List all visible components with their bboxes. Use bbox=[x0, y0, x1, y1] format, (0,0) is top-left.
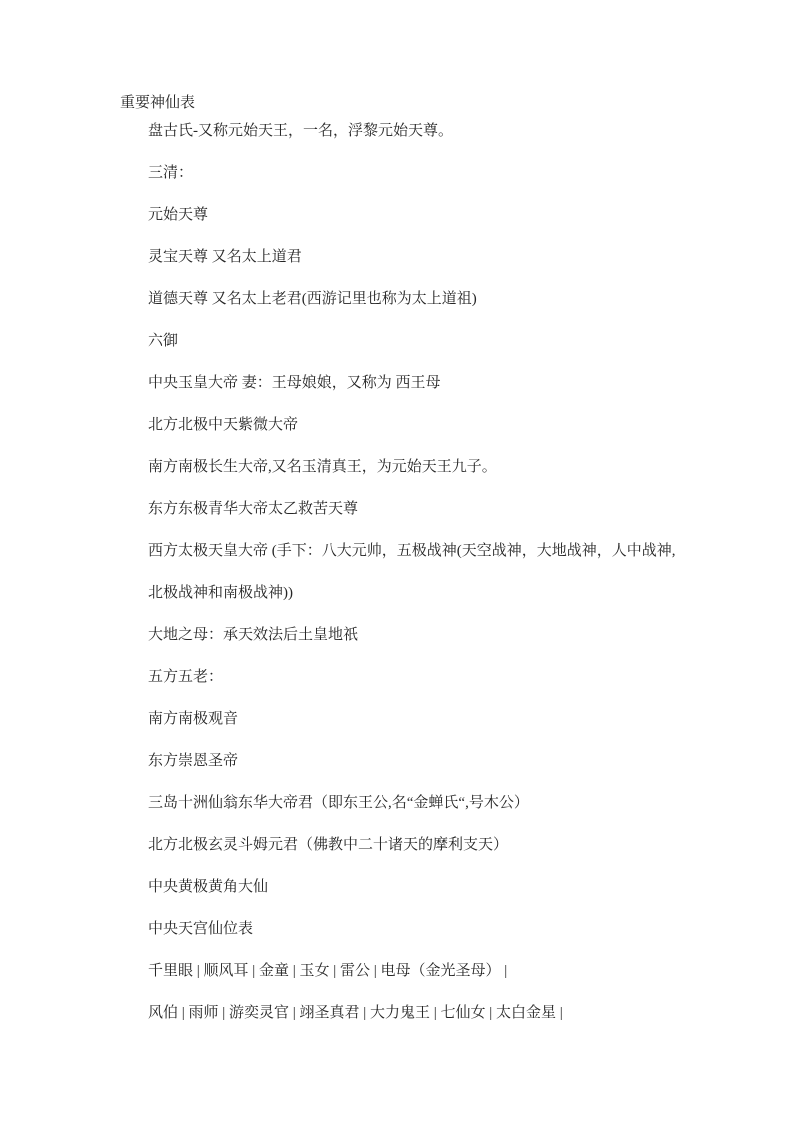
doc-heading-tiangong-xianwei: 中央天宫仙位表 bbox=[120, 915, 780, 943]
doc-line-daode-tianzun: 道德天尊 又名太上老君(西游记里也称为太上道祖) bbox=[120, 285, 780, 313]
doc-line-deity-row-2: 风伯 | 雨师 | 游奕灵官 | 翊圣真君 | 大力鬼王 | 七仙女 | 太白金… bbox=[120, 999, 780, 1027]
doc-line-nanji-guanyin: 南方南极观音 bbox=[120, 705, 780, 733]
doc-line-jade-emperor: 中央玉皇大帝 妻：王母娘娘，又称为 西王母 bbox=[120, 369, 780, 397]
doc-line-deity-row-1: 千里眼 | 顺风耳 | 金童 | 玉女 | 雷公 | 电母（金光圣母） | bbox=[120, 957, 780, 985]
doc-line-ziwei-dadi: 北方北极中天紫微大帝 bbox=[120, 411, 780, 439]
doc-line-pangu: 盘古氏-又称元始天王，一名，浮黎元始天尊。 bbox=[120, 117, 780, 145]
doc-heading-sanqing: 三清： bbox=[120, 159, 780, 187]
doc-heading-wufang-wulao: 五方五老： bbox=[120, 663, 780, 691]
doc-line-lingbao-tianzun: 灵宝天尊 又名太上道君 bbox=[120, 243, 780, 271]
doc-line-chongen-shengdi: 东方崇恩圣帝 bbox=[120, 747, 780, 775]
doc-heading-liuyu: 六御 bbox=[120, 327, 780, 355]
doc-line-huangjiao-daxian: 中央黄极黄角大仙 bbox=[120, 873, 780, 901]
doc-line-qinghua-dadi: 东方东极青华大帝太乙救苦天尊 bbox=[120, 495, 780, 523]
doc-line-tianhuang-dadi: 西方太极天皇大帝 (手下：八大元帅，五极战神(天空战神，大地战神，人中战神, bbox=[120, 537, 780, 565]
doc-line-earth-mother: 大地之母：承天效法后土皇地祇 bbox=[120, 621, 780, 649]
document-title: 重要神仙表 bbox=[120, 89, 780, 117]
doc-line-yuanshi-tianzun: 元始天尊 bbox=[120, 201, 780, 229]
doc-line-donghua-dadijun: 三岛十洲仙翁东华大帝君（即东王公,名“金蝉氏“,号木公） bbox=[120, 789, 780, 817]
document-page: 重要神仙表 盘古氏-又称元始天王，一名，浮黎元始天尊。 三清： 元始天尊 灵宝天… bbox=[0, 0, 793, 1122]
doc-line-tianhuang-dadi-cont: 北极战神和南极战神)) bbox=[120, 579, 780, 607]
doc-line-changsheng-dadi: 南方南极长生大帝,又名玉清真王，为元始天王九子。 bbox=[120, 453, 780, 481]
document-body: 重要神仙表 盘古氏-又称元始天王，一名，浮黎元始天尊。 三清： 元始天尊 灵宝天… bbox=[120, 89, 780, 1027]
doc-line-doumu-yuanjun: 北方北极玄灵斗姆元君（佛教中二十诸天的摩利支天） bbox=[120, 831, 780, 859]
